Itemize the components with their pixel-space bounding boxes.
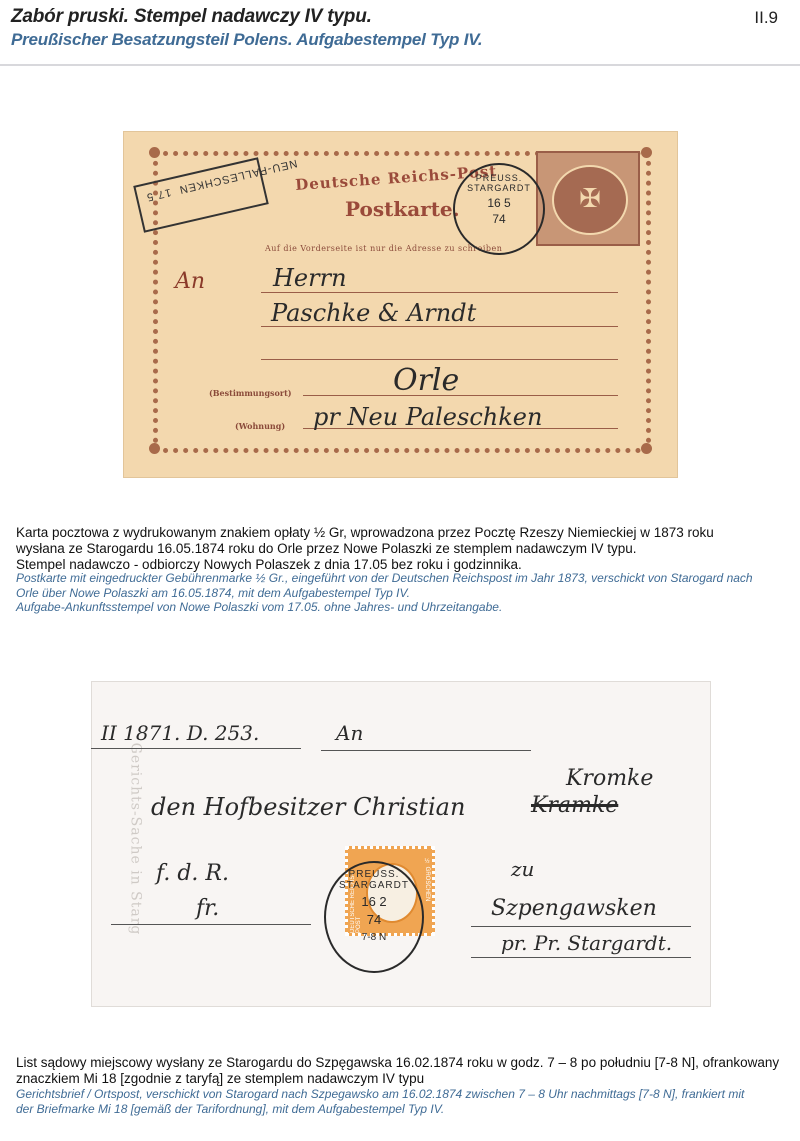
letter-addressee: den Hofbesitzer Christian — [151, 793, 465, 821]
corner-ornament-icon — [149, 147, 160, 158]
postmark-town: PREUSS. STARGARDT — [455, 173, 543, 193]
postcard-image: Deutsche Reichs-Post Postkarte. Auf die … — [123, 131, 678, 478]
corner-ornament-icon — [641, 443, 652, 454]
postcard-description-pl: Karta pocztowa z wydrukowanym znakiem op… — [16, 525, 786, 573]
handwritten-via: pr Neu Paleschken — [313, 403, 542, 431]
handwritten-an: An — [175, 269, 205, 294]
printed-title: Postkarte. — [345, 197, 460, 221]
handwritten-name: Paschke & Arndt — [271, 299, 476, 327]
letter-description-de: Gerichtsbrief / Ortspost, verschickt von… — [16, 1087, 791, 1116]
imprinted-stamp: ✠ — [536, 151, 640, 246]
postcard-description-de: Postkarte mit eingedruckter Gebührenmark… — [16, 571, 791, 615]
printed-instruction: Auf die Vorderseite ist nur die Adresse … — [265, 244, 502, 253]
corner-ornament-icon — [149, 443, 160, 454]
page-subtitle: Preußischer Besatzungsteil Polens. Aufga… — [11, 30, 482, 50]
letter-postmark: PREUSS. STARGARDT 16 2 74 7-8 N — [324, 861, 424, 973]
letter-reference: II 1871. D. 253. — [101, 721, 259, 745]
letter-postmark-date: 16 2 — [326, 893, 422, 911]
postmark-year: 74 — [455, 211, 543, 227]
letter-an: An — [336, 721, 363, 745]
letter-postmark-year: 74 — [326, 911, 422, 929]
eagle-icon: ✠ — [554, 183, 626, 214]
letter-image: Gerichts-Sache in Starg II 1871. D. 253.… — [91, 681, 711, 1007]
letter-note2: fr. — [196, 896, 219, 921]
page-number: II.9 — [754, 8, 778, 28]
stamp-text-right: ½ GROSCHEN — [424, 859, 430, 901]
show-through-text: Gerichts-Sache in Starg — [127, 743, 143, 936]
letter-description-pl: List sądowy miejscowy wysłany ze Staroga… — [16, 1055, 786, 1087]
page-title: Zabór pruski. Stempel nadawczy IV typu. — [11, 6, 372, 28]
box-postmark-date: 17 5 — [145, 186, 172, 203]
letter-place: Szpengawsken — [491, 896, 657, 921]
label-destination: (Bestimmungsort) — [209, 388, 292, 398]
letter-postmark-time: 7-8 N — [326, 929, 422, 947]
postmark-circle: PREUSS. STARGARDT 16 5 74 — [453, 163, 545, 255]
handwritten-herrn: Herrn — [273, 264, 347, 292]
label-residence: (Wohnung) — [235, 421, 285, 431]
header-divider — [0, 64, 800, 66]
handwritten-destination: Orle — [393, 363, 459, 398]
letter-postmark-town: PREUSS. STARGARDT — [326, 869, 422, 891]
letter-note1: f. d. R. — [156, 861, 229, 886]
letter-via: pr. Pr. Stargardt. — [501, 931, 672, 955]
letter-zu: zu — [511, 857, 534, 881]
letter-struck-name: Kramke — [531, 793, 618, 818]
corner-ornament-icon — [641, 147, 652, 158]
postmark-date: 16 5 — [455, 195, 543, 211]
letter-kromke: Kromke — [566, 766, 653, 791]
